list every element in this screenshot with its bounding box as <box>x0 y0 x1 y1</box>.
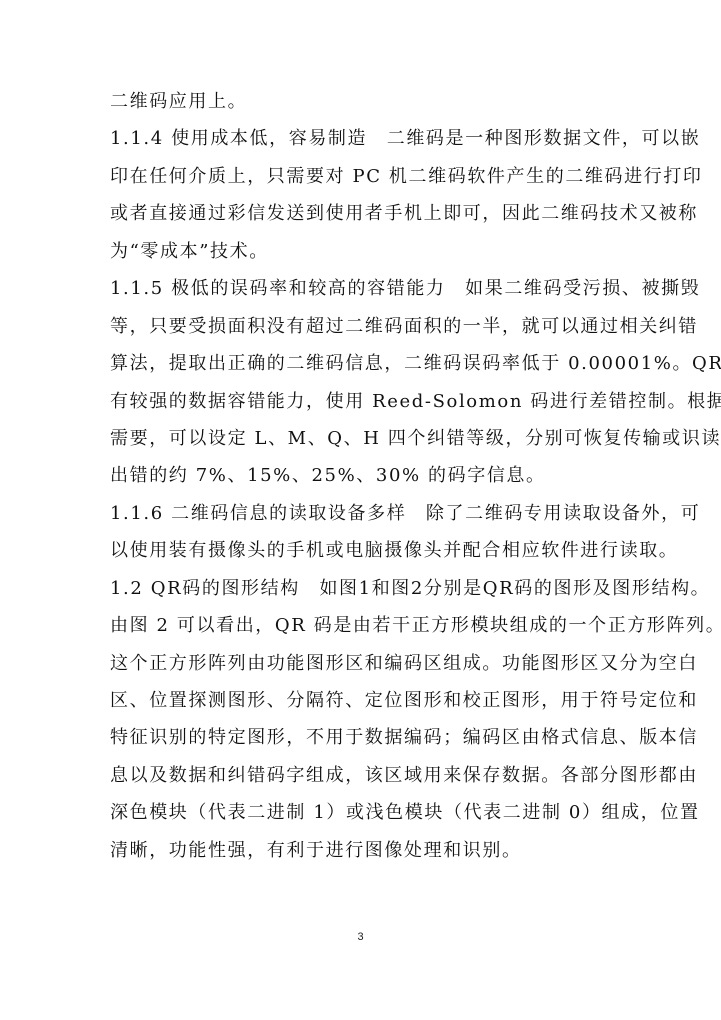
text-line: 需要，可以设定 L、M、Q、H 四个纠错等级，分别可恢复传输或识读 <box>110 420 614 457</box>
document-page: 二维码应用上。 1.1.4 使用成本低，容易制造 二维码是一种图形数据文件，可以… <box>110 83 614 869</box>
text-line: 这个正方形阵列由功能图形区和编码区组成。功能图形区又分为空白 <box>110 645 614 682</box>
text-line: 由图 2 可以看出，QR 码是由若干正方形模块组成的一个正方形阵列。 <box>110 607 614 644</box>
text-line: 印在任何介质上，只需要对 PC 机二维码软件产生的二维码进行打印 <box>110 158 614 195</box>
text-line: 以使用装有摄像头的手机或电脑摄像头并配合相应软件进行读取。 <box>110 532 614 569</box>
text-line: 区、位置探测图形、分隔符、定位图形和校正图形，用于符号定位和 <box>110 682 614 719</box>
text-line: 息以及数据和纠错码字组成，该区域用来保存数据。各部分图形都由 <box>110 757 614 794</box>
text-line: 算法，提取出正确的二维码信息，二维码误码率低于 0.00001%。QR 码 <box>110 345 614 382</box>
text-line: 为“零成本”技术。 <box>110 233 614 270</box>
section-1-1-5-line: 1.1.5 极低的误码率和较高的容错能力 如果二维码受污损、被撕毁 <box>110 270 614 307</box>
section-1-2-line: 1.2 QR码的图形结构 如图1和图2分别是QR码的图形及图形结构。 <box>110 570 614 607</box>
text-line: 或者直接通过彩信发送到使用者手机上即可，因此二维码技术又被称 <box>110 195 614 232</box>
text-line: 深色模块（代表二进制 1）或浅色模块（代表二进制 0）组成，位置 <box>110 794 614 831</box>
page-number: 3 <box>0 931 721 943</box>
text-line: 特征识别的特定图形，不用于数据编码；编码区由格式信息、版本信 <box>110 719 614 756</box>
text-line: 二维码应用上。 <box>110 83 614 120</box>
section-1-1-4-line: 1.1.4 使用成本低，容易制造 二维码是一种图形数据文件，可以嵌 <box>110 120 614 157</box>
text-line: 等，只要受损面积没有超过二维码面积的一半，就可以通过相关纠错 <box>110 308 614 345</box>
section-1-1-6-line: 1.1.6 二维码信息的读取设备多样 除了二维码专用读取设备外，可 <box>110 495 614 532</box>
text-line: 有较强的数据容错能力，使用 Reed-Solomon 码进行差错控制。根据 <box>110 383 614 420</box>
text-line: 清晰，功能性强，有利于进行图像处理和识别。 <box>110 832 614 869</box>
text-line: 出错的约 7%、15%、25%、30% 的码字信息。 <box>110 457 614 494</box>
